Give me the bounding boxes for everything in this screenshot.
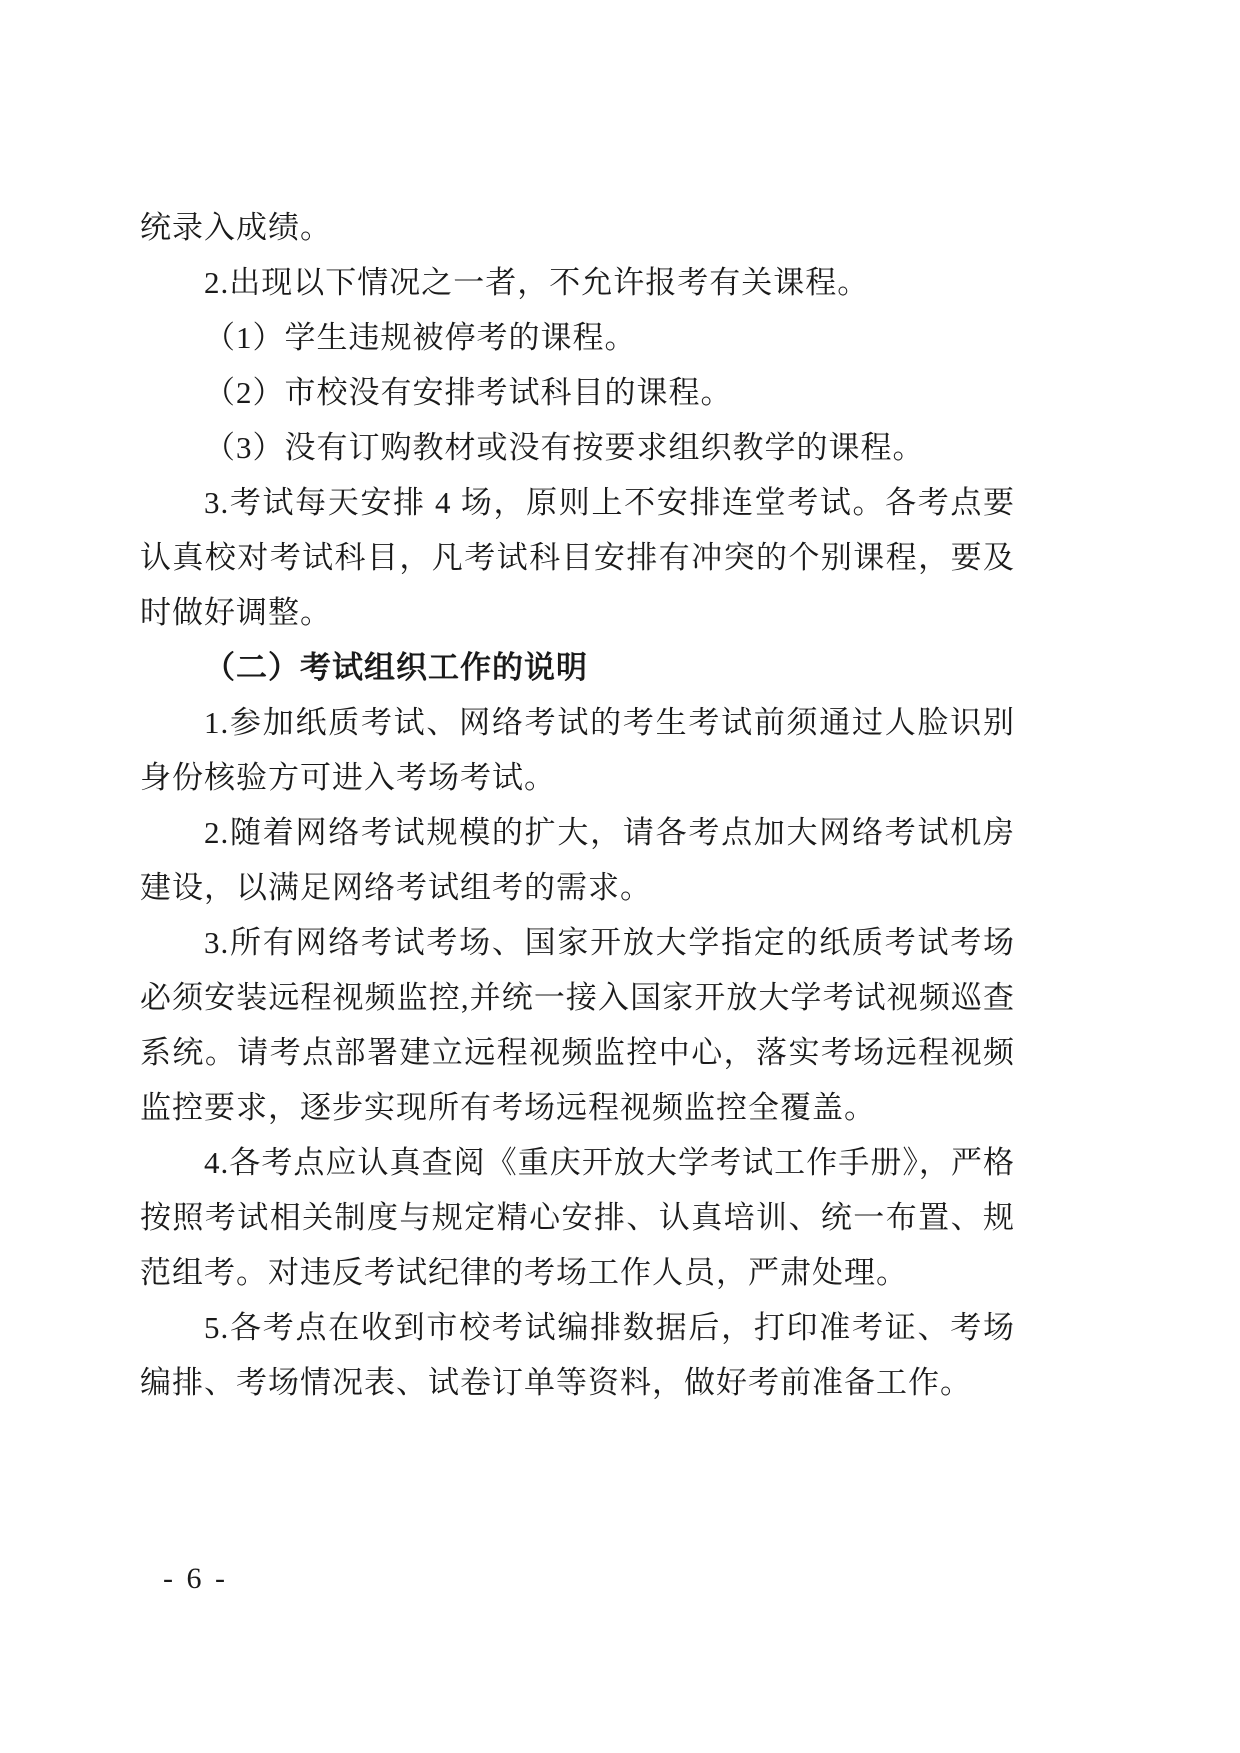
paragraph-item-2b: 2.随着网络考试规模的扩大，请各考点加大网络考试机房建设，以满足网络考试组考的需… — [140, 805, 1015, 915]
paragraph-item-5: 5.各考点在收到市校考试编排数据后，打印准考证、考场编排、考场情况表、试卷订单等… — [140, 1300, 1015, 1410]
document-page: 统录入成绩。 2.出现以下情况之一者，不允许报考有关课程。 （1）学生违规被停考… — [0, 0, 1240, 1753]
paragraph-item-3b: 3.所有网络考试考场、国家开放大学指定的纸质考试考场必须安装远程视频监控,并统一… — [140, 915, 1015, 1135]
paragraph-item-4: 4.各考点应认真查阅《重庆开放大学考试工作手册》，严格按照考试相关制度与规定精心… — [140, 1135, 1015, 1300]
paragraph-subitem-3: （3）没有订购教材或没有按要求组织教学的课程。 — [140, 420, 1015, 475]
paragraph-item-2: 2.出现以下情况之一者，不允许报考有关课程。 — [140, 255, 1015, 310]
paragraph-subitem-2: （2）市校没有安排考试科目的课程。 — [140, 365, 1015, 420]
section-heading: （二）考试组织工作的说明 — [140, 640, 1015, 695]
page-number: - 6 - — [163, 1562, 228, 1596]
paragraph-continued: 统录入成绩。 — [140, 200, 1015, 255]
paragraph-item-1: 1.参加纸质考试、网络考试的考生考试前须通过人脸识别身份核验方可进入考场考试。 — [140, 695, 1015, 805]
paragraph-item-3: 3.考试每天安排 4 场，原则上不安排连堂考试。各考点要认真校对考试科目，凡考试… — [140, 475, 1015, 640]
paragraph-subitem-1: （1）学生违规被停考的课程。 — [140, 310, 1015, 365]
document-body: 统录入成绩。 2.出现以下情况之一者，不允许报考有关课程。 （1）学生违规被停考… — [140, 200, 1015, 1410]
